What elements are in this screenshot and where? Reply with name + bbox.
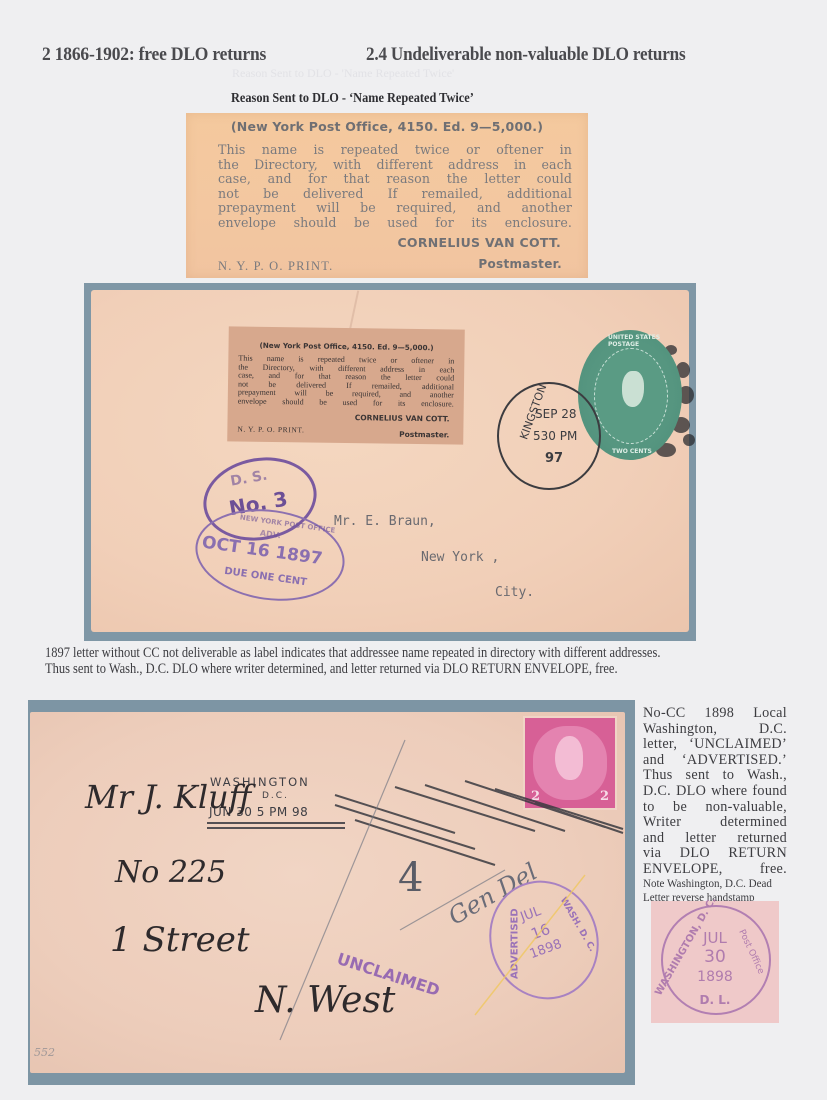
address-line: New York , bbox=[421, 550, 499, 565]
note-line: Note Washington, D.C. Dead bbox=[643, 876, 775, 890]
handwritten-address-line: Mr J. Kluff bbox=[85, 778, 251, 816]
description-line: Thus sent to Wash., bbox=[643, 768, 787, 784]
stamp-ring-bottom: TWO CENTS bbox=[612, 448, 652, 455]
handwritten-address-line: No 225 bbox=[115, 855, 226, 890]
description-line: Washington, D.C. bbox=[643, 722, 787, 738]
enlarged-dlo-label: (New York Post Office, 4150. Ed. 9—5,000… bbox=[186, 113, 588, 278]
label-line: not be delivered If remailed, additional bbox=[218, 187, 572, 202]
description-line: D.C. DLO where found bbox=[643, 784, 787, 800]
label-title: Reason Sent to DLO - ‘Name Repeated Twic… bbox=[231, 91, 474, 107]
description-line: and ‘ADVERTISED.’ bbox=[643, 753, 787, 769]
affixed-label-line: envelope should be used for its enclosur… bbox=[238, 397, 454, 409]
affixed-label-signature: CORNELIUS VAN COTT. bbox=[355, 413, 450, 423]
cover-1-envelope: (New York Post Office, 4150. Ed. 9—5,000… bbox=[91, 290, 689, 632]
stamp-ring-top: UNITED STATES POSTAGE bbox=[608, 334, 682, 348]
label-signature: CORNELIUS VAN COTT. bbox=[397, 235, 561, 250]
label-header: (New York Post Office, 4150. Ed. 9—5,000… bbox=[186, 119, 588, 134]
affixed-label-header: (New York Post Office, 4150. Ed. 9—5,000… bbox=[228, 340, 464, 352]
label-postmaster: Postmaster. bbox=[478, 257, 562, 271]
affixed-label-postmaster: Postmaster. bbox=[399, 430, 449, 440]
washington-profile-icon bbox=[622, 371, 644, 407]
pencil-rate: 4 bbox=[398, 855, 423, 901]
caption-line: Thus sent to Wash., D.C. DLO where write… bbox=[45, 661, 660, 677]
label-line: This name is repeated twice or oftener i… bbox=[218, 143, 572, 158]
address-line: Mr. E. Braun, bbox=[334, 514, 436, 529]
kingston-postmark: KINGSTON SEP 28 530 PM 97 bbox=[497, 382, 601, 490]
affixed-label-printer: N. Y. P. O. PRINT. bbox=[237, 424, 304, 434]
due-oval-bottom: DUE ONE CENT bbox=[224, 566, 308, 588]
label-line: the Directory, with different address in… bbox=[218, 158, 572, 173]
subsection-heading: 2.4 Undeliverable non-valuable DLO retur… bbox=[366, 44, 685, 66]
due-oval-top: NEW YORK POST OFFICE bbox=[239, 513, 335, 534]
yellow-crayon-line-icon bbox=[470, 870, 590, 1020]
postmark-year: 97 bbox=[545, 452, 563, 466]
handstamp-bottom: D. L. bbox=[651, 993, 779, 1007]
section-heading: 2 1866-1902: free DLO returns bbox=[42, 44, 266, 66]
description-line: Writer determined bbox=[643, 815, 787, 831]
handwritten-address-line: 1 Street bbox=[110, 920, 250, 960]
description-line: letter, ‘UNCLAIMED’ bbox=[643, 737, 787, 753]
dlo-oval-top: D. S. bbox=[229, 468, 268, 490]
label-printer: N. Y. P. O. PRINT. bbox=[218, 259, 333, 274]
description-line: to be non-valuable, bbox=[643, 800, 787, 816]
label-line: case, and for that reason the letter cou… bbox=[218, 172, 572, 187]
label-body: This name is repeated twice or oftener i… bbox=[218, 143, 572, 231]
label-line: envelope should be used for its enclosur… bbox=[218, 216, 572, 231]
due-oval-date: OCT 16 1897 bbox=[201, 533, 324, 570]
description-line: via DLO RETURN bbox=[643, 846, 787, 862]
cover-2-description: No-CC 1898 Local Washington, D.C. letter… bbox=[643, 706, 787, 878]
label-line: prepayment will be required, and another bbox=[218, 201, 572, 216]
description-line: No-CC 1898 Local bbox=[643, 706, 787, 722]
corner-pencil-note: 552 bbox=[34, 1046, 55, 1059]
stamp-medallion bbox=[594, 348, 668, 444]
cover-1-mount: (New York Post Office, 4150. Ed. 9—5,000… bbox=[84, 283, 696, 641]
handstamp-month: JUL bbox=[651, 929, 779, 947]
affixed-dlo-label: (New York Post Office, 4150. Ed. 9—5,000… bbox=[227, 326, 465, 444]
dead-letter-handstamp: JUL 30 1898 D. L. WASHINGTON, D. C. Post… bbox=[651, 901, 779, 1023]
show-through-text: Reason Sent to DLO - 'Name Repeated Twic… bbox=[232, 66, 454, 81]
address-line: City. bbox=[495, 585, 534, 600]
caption-line: 1897 letter without CC not deliverable a… bbox=[45, 645, 660, 661]
affixed-label-body: This name is repeated twice or oftener i… bbox=[238, 354, 455, 409]
cover-1-caption: 1897 letter without CC not deliverable a… bbox=[45, 645, 660, 677]
due-oval-adv: ADV. bbox=[259, 528, 281, 540]
description-line: and letter returned bbox=[643, 831, 787, 847]
postmark-date: SEP 28 bbox=[535, 408, 577, 421]
postmark-time: 530 PM bbox=[533, 430, 577, 443]
